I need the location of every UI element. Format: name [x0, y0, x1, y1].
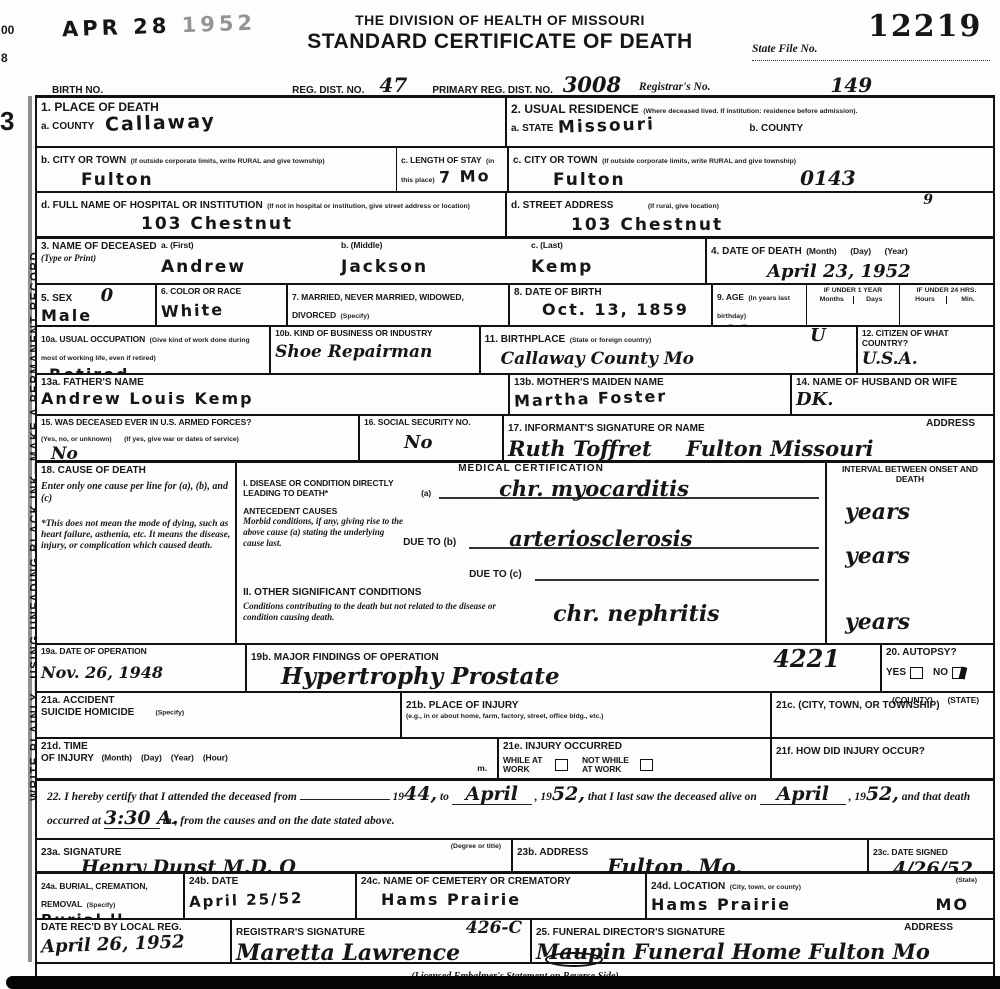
field-autopsy: 20. AUTOPSY? YES NO	[882, 645, 993, 691]
race-value: White	[161, 302, 225, 320]
autopsy-no-label: NO	[933, 667, 948, 679]
length-of-stay-label: c. LENGTH OF STAY	[401, 155, 481, 165]
field-place-of-death-county: 1. PLACE OF DEATH a. COUNTY Callaway	[37, 98, 507, 146]
death-city-note: (If outside corporate limits, write RURA…	[131, 158, 325, 165]
registrar-signature-value: Maretta Lawrence	[236, 942, 526, 962]
cemetery-value: Hams Prairie	[381, 892, 641, 908]
business-label: 10b. KIND OF BUSINESS OR INDUSTRY	[275, 329, 475, 339]
burial-date-value: April 25/52	[189, 891, 304, 910]
field-color-or-race: 6. COLOR OR RACE White	[157, 285, 288, 325]
field-birthplace: 11. BIRTHPLACE (State or foreign country…	[481, 327, 858, 373]
marital-label: 7. MARRIED, NEVER MARRIED, WIDOWED, DIVO…	[292, 292, 464, 320]
antecedent-note: Morbid conditions, if any, giving rise t…	[243, 516, 403, 548]
field-citizen-country: 12. CITIZEN OF WHAT COUNTRY? U.S.A.	[858, 327, 993, 373]
physician-signature-value: Henry Dunst M.D. O	[81, 858, 507, 871]
registration-row: BIRTH NO. REG. DIST. NO. 47 PRIMARY REG.…	[52, 74, 992, 96]
field-usual-occupation: 10a. USUAL OCCUPATION (Give kind of work…	[37, 327, 271, 373]
mother-name-value: Martha Foster	[514, 388, 668, 409]
degree-or-title-note: (Degree or title)	[451, 843, 501, 851]
field-registrar-signature: REGISTRAR'S SIGNATURE 426-C Maretta Lawr…	[232, 920, 532, 962]
occupation-value: Retired	[49, 367, 265, 373]
field-age-under-24-hrs: IF UNDER 24 HRS. Hours Min.	[900, 285, 993, 325]
length-of-stay-value: 7 Mo	[439, 168, 491, 186]
burial-value: Burial ll	[41, 913, 179, 918]
field-cemetery-location: 24d. LOCATION (City, town, or county) (S…	[647, 874, 993, 918]
cause-instruction-2: *This does not mean the mode of dying, s…	[41, 519, 231, 553]
residence-city-value: Fulton	[553, 170, 626, 190]
field-time-of-injury: 21d. TIME OF INJURY (Month) (Day) (Year)…	[37, 739, 499, 778]
autopsy-no-checkbox	[952, 667, 965, 679]
spouse-value: DK.	[796, 391, 989, 409]
certify-pre3: , 19	[849, 791, 866, 803]
location-state-label: (State)	[956, 877, 977, 885]
cause-of-death-label: 18. CAUSE OF DEATH	[41, 465, 231, 477]
certify-year-from: 44,	[404, 783, 437, 805]
street-address-label: d. STREET ADDRESS	[511, 200, 613, 211]
burial-date-label: 24b. DATE	[189, 876, 351, 888]
informant-name-value: Ruth Toffret	[508, 436, 652, 460]
autopsy-yes-label: YES	[886, 667, 906, 679]
field-death-city: b. CITY OR TOWN (If outside corporate li…	[37, 148, 397, 191]
major-findings-label: 19b. MAJOR FINDINGS OF OPERATION	[251, 652, 439, 663]
first-name-value: Andrew	[161, 259, 341, 276]
burial-note: (Specify)	[87, 902, 116, 909]
street-address-note: (If rural, give location)	[648, 203, 719, 210]
field-usual-residence-state: 2. USUAL RESIDENCE (Where deceased lived…	[507, 98, 993, 146]
place-of-death-title: 1. PLACE OF DEATH	[41, 100, 501, 114]
time-m-suffix: m.	[477, 764, 487, 774]
header-title: STANDARD CERTIFICATE OF DEATH	[280, 29, 720, 54]
interval-a-value: years	[845, 501, 910, 523]
date-of-death-value: April 23, 1952	[767, 263, 989, 281]
field-informant: 17. INFORMANT'S SIGNATURE OR NAME ADDRES…	[504, 416, 993, 460]
field-medical-certification: MEDICAL CERTIFICATION I. DISEASE OR COND…	[237, 463, 827, 643]
ssn-label: 16. SOCIAL SECURITY NO.	[364, 418, 498, 428]
birthplace-label: 11. BIRTHPLACE	[485, 334, 566, 345]
under-1-year-label: IF UNDER 1 YEAR	[811, 287, 895, 295]
autopsy-yes-checkbox	[910, 667, 923, 679]
registrars-no-value: 149	[711, 75, 993, 96]
county-label: a. COUNTY	[41, 121, 94, 132]
sex-value: Male	[41, 308, 151, 324]
residence-county-label: b. COUNTY	[749, 123, 803, 134]
certify-pre2: , 19	[535, 791, 552, 803]
hospital-value: 103 Chestnut	[141, 216, 501, 233]
residence-code-mark-2: 9	[923, 193, 933, 207]
physician-address-value: Fulton, Mo.	[607, 856, 863, 871]
hospital-note: (If not in hospital or institution, give…	[267, 203, 470, 210]
field-injury-location: 21c. (CITY, TOWN, OR TOWNSHIP) (COUNTY) …	[772, 693, 993, 737]
accident-note: (Specify)	[155, 710, 184, 717]
middle-name-value: Jackson	[341, 259, 531, 276]
time-of-injury-label: 21d. TIME OF INJURY	[41, 741, 97, 764]
usual-residence-note: (Where deceased lived. If institution: r…	[643, 108, 857, 115]
field-age-under-1-year: IF UNDER 1 YEAR Months Days	[807, 285, 900, 325]
reg-dist-value: 47	[364, 75, 422, 96]
interval-label: INTERVAL BETWEEN ONSET AND DEATH	[831, 465, 989, 485]
residence-city-note: (If outside corporate limits, write RURA…	[602, 158, 796, 165]
sex-label: 5. SEX	[41, 293, 72, 304]
autopsy-no-mark	[959, 666, 968, 679]
registrar-signature-label: REGISTRAR'S SIGNATURE	[236, 927, 365, 938]
death-city-label: b. CITY OR TOWN	[41, 155, 126, 166]
funeral-director-value: Maupin Funeral Home Fulton Mo	[536, 941, 989, 962]
time-of-injury-cols: (Month) (Day) (Year) (Hour)	[101, 753, 227, 763]
field-father-name: 13a. FATHER'S NAME Andrew Louis Kemp	[37, 375, 510, 414]
field-mother-maiden-name: 13b. MOTHER'S MAIDEN NAME Martha Foster	[510, 375, 792, 414]
certify-year-alive: 52,	[866, 783, 899, 805]
state-file-label: State File No.	[752, 42, 990, 61]
days-col-label: Days	[854, 296, 896, 304]
armed-forces-note2: (If yes, give war or dates of service)	[124, 436, 239, 443]
field-age: 9. AGE (In years last birthday) 92.	[713, 285, 807, 325]
date-of-operation-label: 19a. DATE OF OPERATION	[41, 647, 241, 657]
marital-value: Widowed	[322, 322, 419, 325]
due-to-b-tag: DUE TO (b)	[403, 537, 469, 549]
usual-residence-title: 2. USUAL RESIDENCE	[511, 102, 639, 116]
field-sex: 5. SEX 0 Male	[37, 285, 157, 325]
county-value: Callaway	[104, 112, 215, 135]
state-label: a. STATE	[511, 123, 553, 134]
months-col-label: Months	[811, 296, 854, 304]
scan-bottom-bar	[6, 976, 1000, 989]
father-name-value: Andrew Louis Kemp	[41, 391, 504, 407]
armed-forces-note1: (Yes, no, or unknown)	[41, 436, 112, 443]
certify-month-alive: April	[760, 785, 846, 805]
certify-time-of-death: 3:30 A.	[104, 809, 160, 829]
place-of-injury-note: (e.g., in or about home, farm, factory, …	[406, 713, 766, 721]
marital-check-mark: ✓	[423, 322, 436, 325]
other-conditions-value: chr. nephritis	[553, 603, 720, 625]
certify-text-5: m., from the causes and on the date stat…	[163, 815, 395, 827]
field-armed-forces: 15. WAS DECEASED EVER IN U.S. ARMED FORC…	[37, 416, 360, 460]
state-file-number: 12219	[868, 12, 982, 42]
death-certificate-scan: 00 8 3 WRITE PLAINLY—USING UNFADING BLAC…	[0, 0, 1000, 989]
citizen-value: U.S.A.	[862, 351, 989, 368]
not-while-at-work-checkbox	[640, 759, 653, 771]
date-received-label: DATE REC'D BY LOCAL REG.	[41, 922, 226, 934]
armed-forces-label: 15. WAS DECEASED EVER IN U.S. ARMED FORC…	[41, 418, 354, 428]
cause-instruction-1: Enter only one cause per line for (a), (…	[41, 481, 231, 505]
date-received-value: April 26, 1952	[41, 933, 185, 956]
dob-value: Oct. 13, 1859	[542, 302, 707, 318]
race-label: 6. COLOR OR RACE	[161, 287, 282, 297]
field-interval-column: INTERVAL BETWEEN ONSET AND DEATH years y…	[827, 463, 993, 643]
certify-text-3: that I last saw the deceased alive on	[588, 791, 757, 803]
findings-code-mark: 4221	[773, 647, 840, 671]
certify-pre1: 19	[393, 791, 405, 803]
interval-b-value: years	[845, 545, 910, 567]
min-col-label: Min.	[947, 296, 989, 304]
field-major-findings: 19b. MAJOR FINDINGS OF OPERATION 4221 Hy…	[247, 645, 882, 691]
while-at-work-label: WHILE AT WORK	[503, 756, 549, 776]
field-husband-or-wife: 14. NAME OF HUSBAND OR WIFE DK.	[792, 375, 993, 414]
field-accident-suicide-homicide: 21a. ACCIDENT SUICIDE HOMICIDE (Specify)	[37, 693, 402, 737]
field-hospital: d. FULL NAME OF HOSPITAL OR INSTITUTION …	[37, 193, 507, 236]
injury-county-label: (COUNTY)	[892, 696, 933, 706]
registrars-no-label: Registrar's No.	[639, 80, 711, 96]
birthplace-mark: U	[810, 327, 826, 345]
middle-name-label: b. (Middle)	[341, 241, 531, 251]
spouse-label: 14. NAME OF HUSBAND OR WIFE	[796, 377, 989, 389]
birthplace-note: (State or foreign country)	[570, 337, 652, 344]
disease-condition-label: I. DISEASE OR CONDITION DIRECTLY LEADING…	[243, 479, 421, 499]
residence-city-label: c. CITY OR TOWN	[513, 155, 598, 166]
age-value: 92.	[725, 324, 802, 325]
location-label: 24d. LOCATION	[651, 881, 725, 892]
field-physician-address: 23b. ADDRESS Fulton, Mo.	[513, 840, 869, 871]
edge-fragment: 8	[1, 52, 8, 64]
not-while-at-work-label: NOT WHILE AT WORK	[582, 756, 634, 776]
ssn-value: No	[404, 434, 498, 452]
residence-code-mark: 0143	[800, 166, 856, 190]
funeral-address-label: ADDRESS	[904, 922, 953, 934]
date-signed-label: 23c. DATE SIGNED	[873, 847, 948, 857]
cause-b-value: arteriosclerosis	[509, 528, 692, 549]
line-a-tag: (a)	[421, 489, 439, 499]
hospital-label: d. FULL NAME OF HOSPITAL OR INSTITUTION	[41, 200, 263, 211]
interval-other-value: years	[845, 611, 910, 633]
field-date-signed: 23c. DATE SIGNED 4/26/52	[869, 840, 993, 871]
date-of-operation-value: Nov. 26, 1948	[41, 665, 241, 681]
certify-year-to: 52,	[552, 783, 585, 805]
cause-c-blank	[535, 559, 819, 581]
first-name-label: a. (First)	[161, 241, 341, 251]
pen-squiggle-mark	[545, 952, 603, 967]
physician-address-label: 23b. ADDRESS	[517, 847, 588, 858]
accident-label: 21a. ACCIDENT SUICIDE HOMICIDE	[41, 695, 151, 718]
funeral-director-label: 25. FUNERAL DIRECTOR'S SIGNATURE	[536, 927, 725, 938]
field-injury-occurred: 21e. INJURY OCCURRED WHILE AT WORK NOT W…	[499, 739, 772, 778]
field-physician-signature: 23a. SIGNATURE (Degree or title) Henry D…	[37, 840, 513, 871]
field-burial-type: 24a. BURIAL, CREMATION, REMOVAL (Specify…	[37, 874, 185, 918]
state-value: Missouri	[558, 116, 656, 136]
field-date-received: DATE REC'D BY LOCAL REG. April 26, 1952	[37, 920, 232, 962]
last-name-value: Kemp	[531, 259, 701, 276]
death-city-value: Fulton	[81, 172, 392, 189]
field-date-of-operation: 19a. DATE OF OPERATION Nov. 26, 1948	[37, 645, 247, 691]
location-note: (City, town, or county)	[730, 884, 801, 891]
certificate-form: 1. PLACE OF DEATH a. COUNTY Callaway 2. …	[35, 95, 995, 983]
received-date-stamp: APR 28 1952	[62, 13, 257, 41]
while-at-work-checkbox	[555, 759, 568, 771]
field-cemetery-name: 24c. NAME OF CEMETERY OR CREMATORY Hams …	[357, 874, 647, 918]
informant-address-value: Fulton Missouri	[686, 436, 873, 460]
injury-occurred-label: 21e. INJURY OCCURRED	[503, 741, 766, 753]
other-conditions-note: Conditions contributing to the death but…	[243, 601, 523, 623]
location-state-value: MO	[935, 897, 969, 913]
how-injury-label: 21f. HOW DID INJURY OCCUR?	[776, 746, 925, 757]
location-value: Hams Prairie	[651, 897, 791, 913]
edge-handwritten-3: 3	[0, 108, 14, 134]
field-funeral-director: 25. FUNERAL DIRECTOR'S SIGNATURE ADDRESS…	[532, 920, 993, 962]
informant-address-label: ADDRESS	[926, 418, 975, 430]
field-social-security: 16. SOCIAL SECURITY NO. No	[360, 416, 504, 460]
registrar-code-mark: 426-C	[466, 920, 522, 937]
field-certification-statement: 22. I hereby certify that I attended the…	[37, 781, 993, 838]
citizen-label: 12. CITIZEN OF WHAT COUNTRY?	[862, 329, 989, 349]
field-business-industry: 10b. KIND OF BUSINESS OR INDUSTRY Shoe R…	[271, 327, 481, 373]
other-conditions-label: II. OTHER SIGNIFICANT CONDITIONS	[243, 587, 523, 599]
cause-a-value: chr. myocarditis	[499, 478, 689, 499]
date-signed-value: 4/26/52	[893, 860, 989, 871]
dob-label: 8. DATE OF BIRTH	[514, 287, 707, 299]
edge-fragment: 00	[1, 24, 14, 36]
father-name-label: 13a. FATHER'S NAME	[41, 377, 504, 389]
field-length-of-stay: c. LENGTH OF STAY (in this place) 7 Mo	[397, 148, 509, 191]
certify-month-to: April	[452, 785, 532, 805]
field-residence-city: c. CITY OR TOWN (If outside corporate li…	[509, 148, 993, 191]
sex-mark: 0	[101, 285, 114, 306]
occupation-label: 10a. USUAL OCCUPATION	[41, 334, 145, 344]
last-name-label: c. (Last)	[531, 241, 701, 251]
header-department: THE DIVISION OF HEALTH OF MISSOURI	[280, 12, 720, 29]
date-of-death-cols: (Month) (Day) (Year)	[806, 246, 907, 256]
place-of-injury-label: 21b. PLACE OF INJURY	[406, 700, 518, 711]
field-burial-date: 24b. DATE April 25/52	[185, 874, 357, 918]
under-24-hrs-label: IF UNDER 24 HRS.	[904, 287, 989, 295]
business-value: Shoe Repairman	[275, 344, 475, 361]
primary-reg-value: 3008	[553, 74, 631, 96]
marital-note: (Specify)	[341, 313, 370, 320]
autopsy-label: 20. AUTOPSY?	[886, 647, 989, 659]
field-place-of-injury: 21b. PLACE OF INJURY (e.g., in or about …	[402, 693, 772, 737]
field-date-of-birth: 8. DATE OF BIRTH Oct. 13, 1859	[510, 285, 713, 325]
certify-text-1: I hereby certify that I attended the dec…	[64, 791, 297, 803]
cemetery-label: 24c. NAME OF CEMETERY OR CREMATORY	[361, 876, 641, 888]
age-label: 9. AGE	[717, 292, 744, 302]
date-of-death-label: 4. DATE OF DEATH	[711, 246, 802, 257]
medical-certification-title: MEDICAL CERTIFICATION	[243, 463, 819, 475]
informant-label: 17. INFORMANT'S SIGNATURE OR NAME	[508, 423, 705, 434]
name-note: (Type or Print)	[41, 253, 161, 264]
field-street-address: d. STREET ADDRESS (If rural, give locati…	[507, 193, 993, 236]
name-label: 3. NAME OF DECEASED	[41, 241, 161, 253]
field-how-injury-occurred: 21f. HOW DID INJURY OCCUR?	[772, 739, 993, 778]
due-to-c-tag: DUE TO (c)	[469, 569, 535, 581]
antecedent-causes-label: ANTECEDENT CAUSES	[243, 507, 819, 517]
birthplace-value: Callaway County Mo	[501, 351, 852, 368]
certify-to: to	[440, 791, 449, 803]
field-date-of-death: 4. DATE OF DEATH (Month) (Day) (Year) Ap…	[707, 239, 993, 283]
field-name-of-deceased: 3. NAME OF DECEASED (Type or Print) a. (…	[37, 239, 707, 283]
field-marital-status: 7. MARRIED, NEVER MARRIED, WIDOWED, DIVO…	[288, 285, 510, 325]
street-address-value: 103 Chestnut	[571, 217, 989, 234]
certify-num: 22.	[47, 791, 61, 803]
hours-col-label: Hours	[904, 296, 947, 304]
injury-state-label: (STATE)	[947, 696, 979, 706]
field-cause-of-death-sidebar: 18. CAUSE OF DEATH Enter only one cause …	[37, 463, 237, 643]
armed-forces-value: No	[51, 446, 354, 460]
